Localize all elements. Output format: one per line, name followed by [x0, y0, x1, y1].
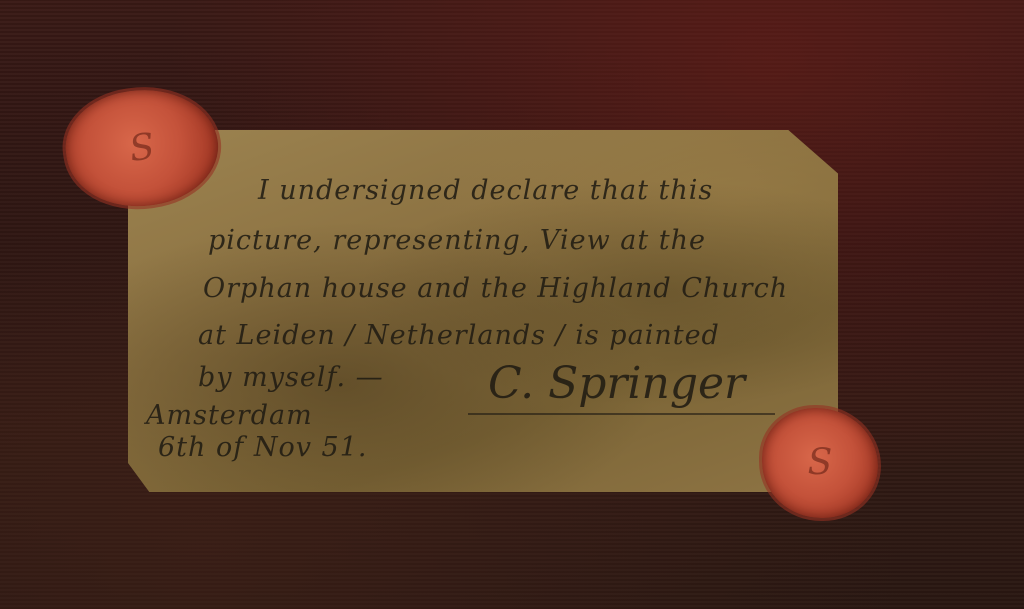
seal-glyph: S: [127, 126, 157, 170]
label-date: 6th of Nov 51.: [158, 432, 368, 463]
label-line-4: at Leiden / Netherlands / is painted: [198, 320, 720, 351]
label-place: Amsterdam: [146, 400, 313, 431]
handwritten-label: I undersigned declare that this picture,…: [128, 130, 838, 492]
signature: C. Springer: [468, 358, 775, 415]
label-line-1: I undersigned declare that this: [258, 175, 713, 206]
label-line-3: Orphan house and the Highland Church: [203, 273, 788, 304]
label-line-5: by myself. —: [198, 362, 384, 393]
seal-glyph: S: [808, 443, 833, 484]
label-line-2: picture, representing, View at the: [208, 225, 706, 256]
